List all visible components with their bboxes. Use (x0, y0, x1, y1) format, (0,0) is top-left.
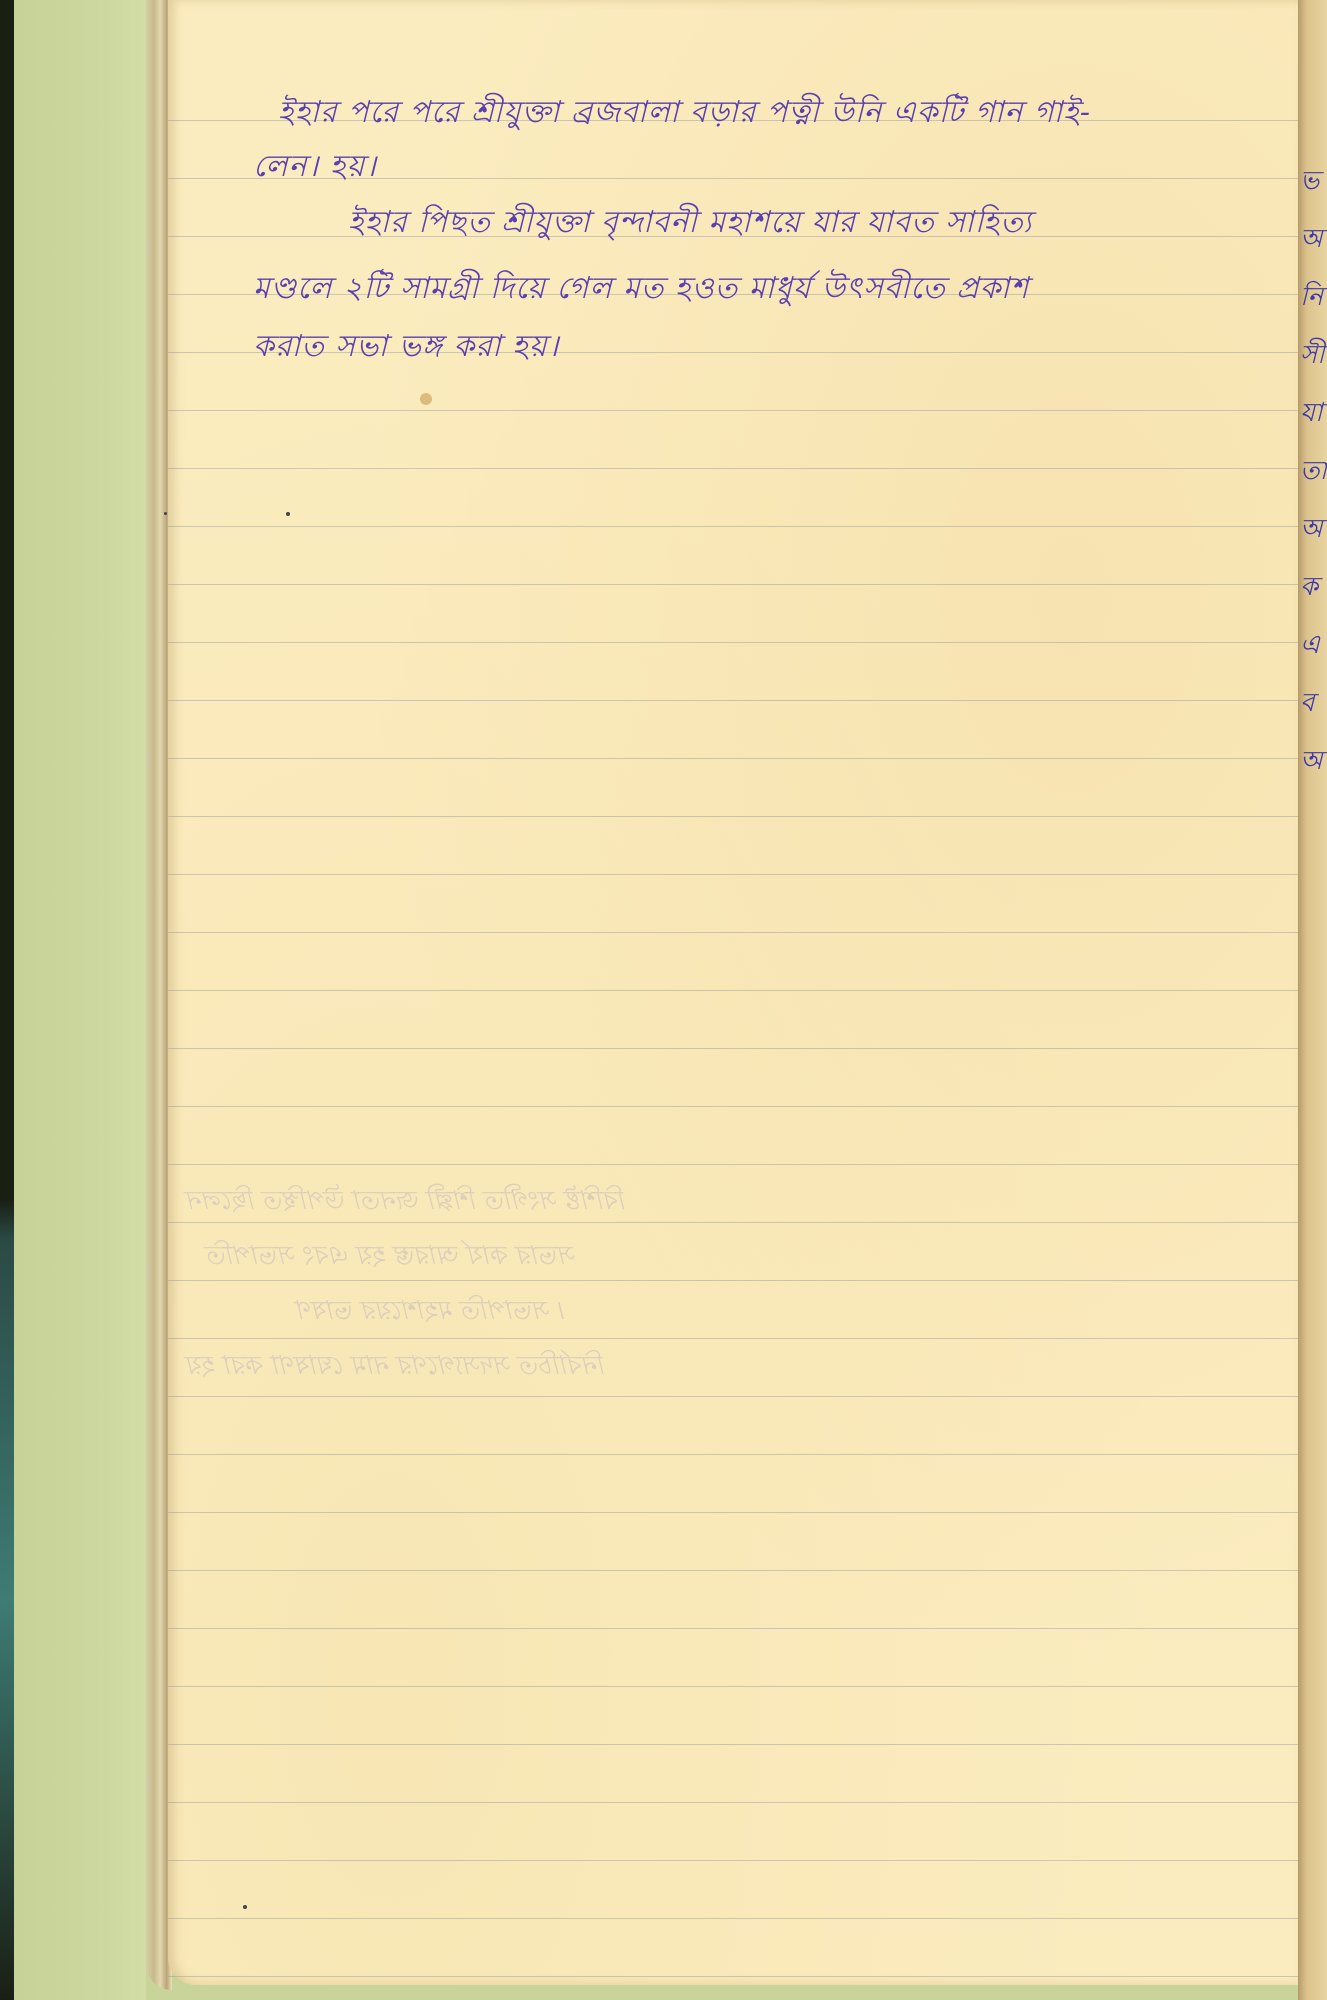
ruled-line (168, 526, 1298, 527)
ruled-line (168, 410, 1298, 411)
speck (286, 512, 290, 516)
ruled-line (168, 1802, 1298, 1803)
handwritten-line-2: লেন। হয়। (253, 142, 377, 193)
speck (164, 512, 167, 515)
ruled-line (168, 816, 1298, 817)
ruled-line (168, 1164, 1298, 1165)
notebook-cover (14, 0, 146, 2000)
next-page-edge-glyph: যা (1300, 392, 1323, 436)
ruled-line (168, 1976, 1298, 1977)
handwritten-line-5: করাত সভা ভঙ্গ করা হয়। (253, 322, 559, 373)
next-page-edge-glyph: অ (1300, 218, 1323, 262)
ruled-line (168, 932, 1298, 933)
bleed-through-text: নির্বাচিত সদস্যগণের নাম ঘোষণা করা হয় (188, 1345, 607, 1389)
handwritten-line-4: মণ্ডলে ২টি সামগ্রী দিয়ে গেল মত হওত মাধু… (253, 264, 1029, 315)
notebook-page: ইহার পরে পরে শ্রীযুক্তা ব্রজবালা বড়ার প… (168, 0, 1298, 1985)
ruled-line (168, 758, 1298, 759)
ruled-line (168, 1396, 1298, 1397)
ruled-line (168, 1570, 1298, 1571)
ruled-line (168, 874, 1298, 875)
next-page-edge-glyph: ভ (1300, 160, 1319, 204)
ruled-line (168, 642, 1298, 643)
ruled-line (168, 1048, 1298, 1049)
ink-stain (420, 393, 432, 405)
handwritten-line-1: ইহার পরে পরে শ্রীযুক্তা ব্রজবালা বড়ার প… (278, 88, 1091, 139)
ruled-line (168, 1454, 1298, 1455)
next-page-edge-glyph: অ (1300, 740, 1323, 784)
ruled-line (168, 584, 1298, 585)
ruled-line (168, 1918, 1298, 1919)
ruled-line (168, 1338, 1298, 1339)
ruled-line (168, 1280, 1298, 1281)
next-page-edge-glyph: অ (1300, 508, 1323, 552)
scan-edge (0, 0, 14, 2000)
ruled-line (168, 1106, 1298, 1107)
ruled-line (168, 700, 1298, 701)
bleed-through-text: বিশিষ্ট সংগীত শিল্পী জনতা উপস্থিত ছিলেন (188, 1180, 627, 1224)
ruled-line (168, 1628, 1298, 1629)
bleed-through-text: । সভাপতি মহাশয়ের ভাষণ (298, 1290, 569, 1334)
next-page-edge-glyph: নি (1300, 276, 1323, 320)
ruled-line (168, 1860, 1298, 1861)
handwritten-line-3: ইহার পিছত শ্রীযুক্তা বৃন্দাবনী মহাশয়ে য… (348, 198, 1032, 249)
next-page-edge-glyph: সী (1300, 334, 1325, 378)
ruled-line (168, 468, 1298, 469)
ruled-line (168, 1744, 1298, 1745)
next-page-edge-glyph: এ (1300, 624, 1320, 668)
ruled-line (168, 1686, 1298, 1687)
ruled-line (168, 1512, 1298, 1513)
ruled-line (168, 990, 1298, 991)
next-page-edge-glyph: তা (1300, 450, 1327, 494)
next-page-edge-glyph: ব (1300, 682, 1314, 726)
next-page-edge-glyph: ক (1300, 566, 1318, 610)
speck (243, 1905, 247, 1909)
bleed-through-text: সভার কার্য আরম্ভ হয় এবং সভাপতি (208, 1235, 577, 1279)
